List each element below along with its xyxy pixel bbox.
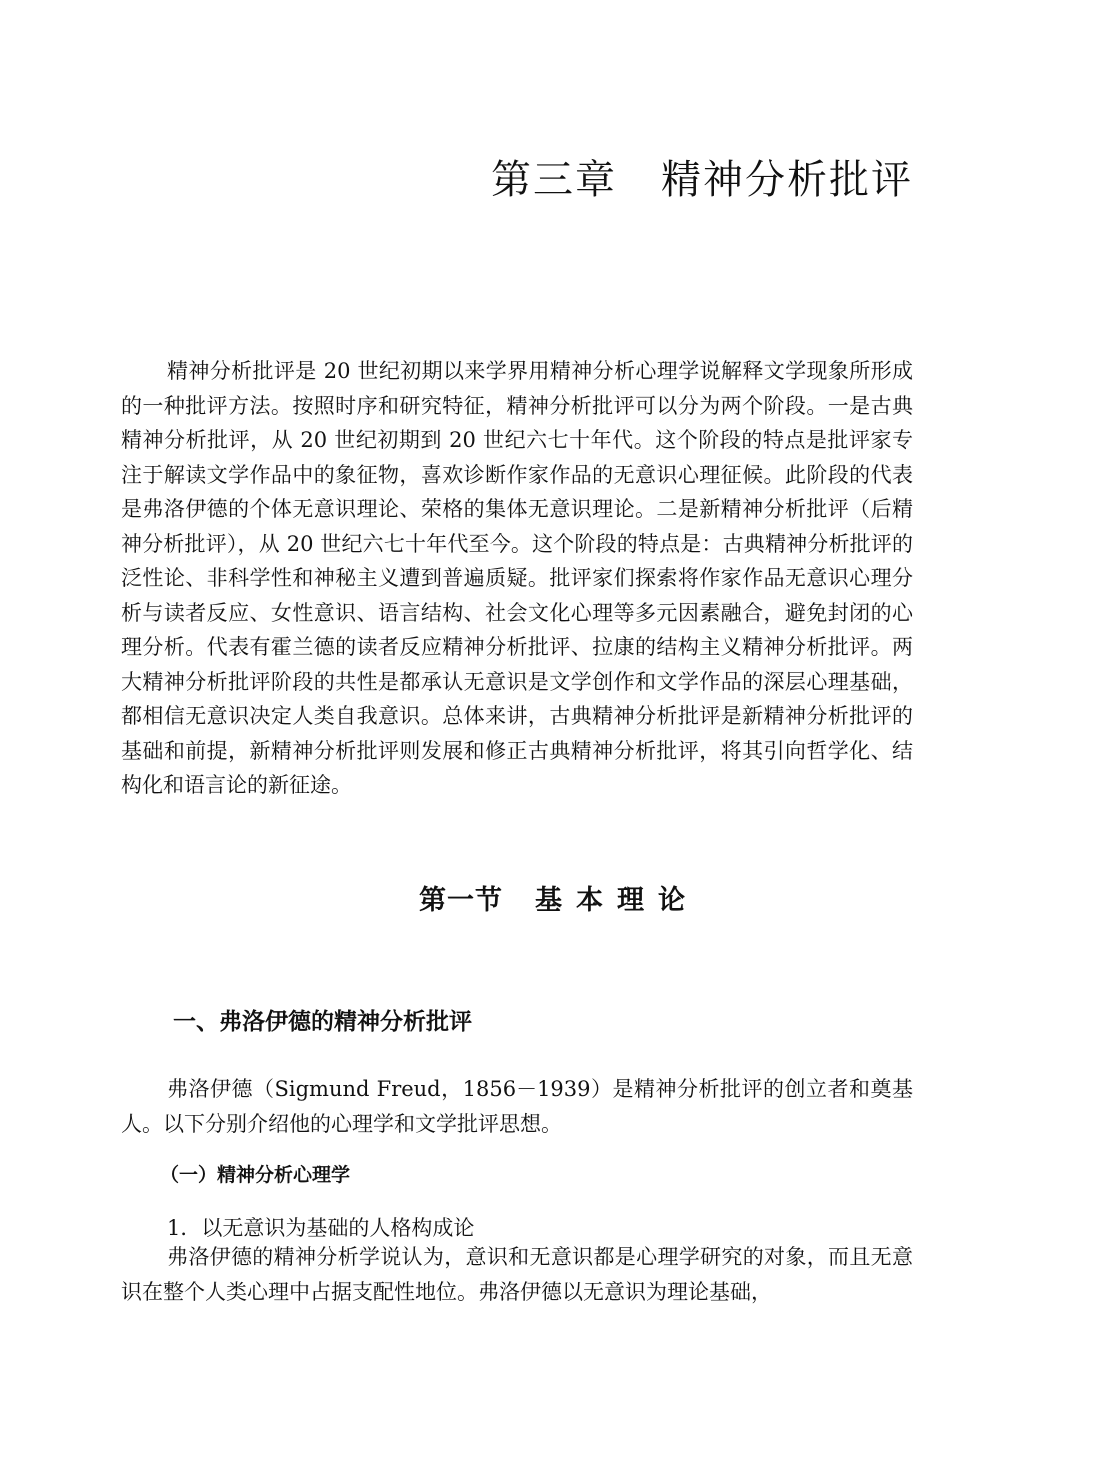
point-heading: 1．以无意识为基础的人格构成论 [167,1212,474,1242]
section-title: 第一节基本理论 [0,878,1108,917]
section-name: 基本理论 [535,885,699,916]
chapter-number: 第三章 [491,157,617,203]
freud-intro-paragraph: 弗洛伊德（Sigmund Freud，1856－1939）是精神分析批评的创立者… [121,1072,913,1141]
body-paragraph: 弗洛伊德的精神分析学说认为，意识和无意识都是心理学研究的对象，而且无意识在整个人… [121,1240,913,1309]
chapter-name: 精神分析批评 [661,157,913,203]
intro-paragraph: 精神分析批评是 20 世纪初期以来学界用精神分析心理学说解释文学现象所形成的一种… [121,354,913,803]
section-number: 第一节 [419,885,503,916]
chapter-title: 第三章精神分析批评 [491,148,913,205]
document-page: 第三章精神分析批评 精神分析批评是 20 世纪初期以来学界用精神分析心理学说解释… [0,0,1108,1473]
subsection-heading: 一、弗洛伊德的精神分析批评 [173,1003,472,1036]
sub-subsection-heading: （一）精神分析心理学 [160,1160,350,1187]
